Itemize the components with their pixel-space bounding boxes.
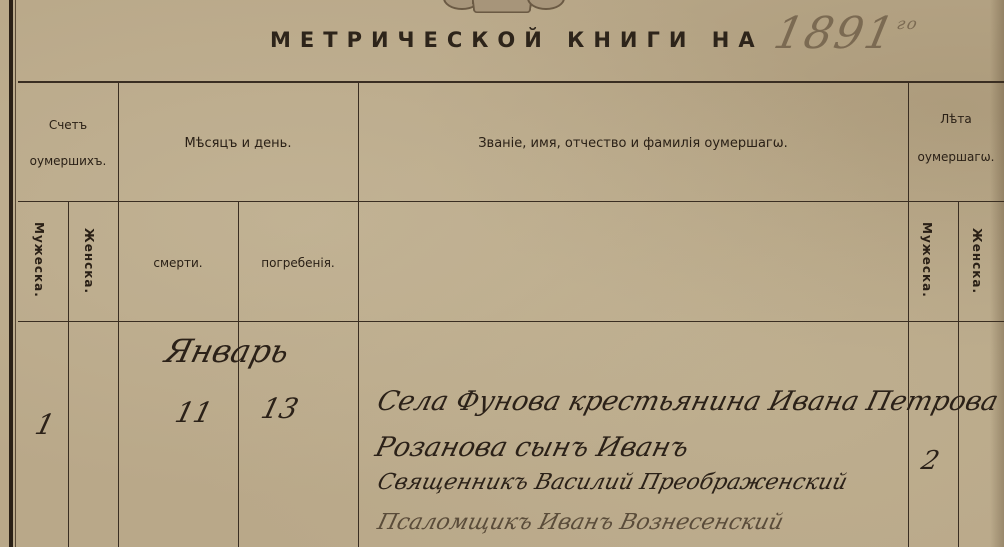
subheader-divider-rule [18,321,1004,322]
header-count-deceased: Счетъ оумершихъ. [18,118,118,168]
header-count-line1: Счетъ [18,118,118,132]
subheader-age-female: Женска. [970,228,984,308]
metric-book-page: МЕТРИЧЕСКОЙ КНИГИ НА 1891го Счетъ оумерш… [0,0,1004,547]
col-divider [238,202,239,547]
subheader-age-male: Мужеска. [920,222,934,312]
ornament-icon [527,0,565,10]
page-left-border-inner [15,0,16,547]
cell-burial-day: 13 [258,392,302,425]
header-name: Званіе, имя, отчество и фамилія оумершаг… [358,136,908,151]
cell-month: Январь [161,332,293,370]
cell-name-line-1: Села Фунова крестьянина Ивана Петрова [374,386,1001,417]
col-divider [358,82,359,547]
cell-count-male: 1 [32,408,58,441]
page-left-border [9,0,13,547]
year-handwritten: 1891го [770,8,923,59]
col-divider [68,202,69,547]
col-divider [118,82,119,547]
subheader-count-male: Мужеска. [32,222,46,312]
col-divider [958,202,959,547]
header-divider-rule [18,201,1004,202]
subheader-death: смерти. [118,256,238,270]
cell-age-male: 2 [918,446,942,476]
cell-name-line-2: Розанова сынъ Иванъ [372,432,692,463]
header-age-line2: оумершагѡ. [908,150,1004,164]
ornament-icon [470,0,533,13]
cell-death-day: 11 [172,396,216,429]
page-title: МЕТРИЧЕСКОЙ КНИГИ НА [270,28,764,52]
subheader-count-female: Женска. [82,228,96,308]
cell-clergy-line-1: Священникъ Василий Преображенский [375,470,850,495]
cell-clergy-line-2: Псаломщикъ Иванъ Вознесенский [375,510,786,535]
year-value: 1891 [770,8,901,59]
table-top-rule [18,81,1004,83]
header-month-day: Мѣсяцъ и день. [118,136,358,151]
header-age-line1: Лѣта [908,112,1004,126]
header-age: Лѣта оумершагѡ. [908,112,1004,164]
subheader-burial: погребенія. [238,256,358,270]
header-count-line2: оумершихъ. [18,154,118,168]
year-suffix: го [895,14,921,33]
